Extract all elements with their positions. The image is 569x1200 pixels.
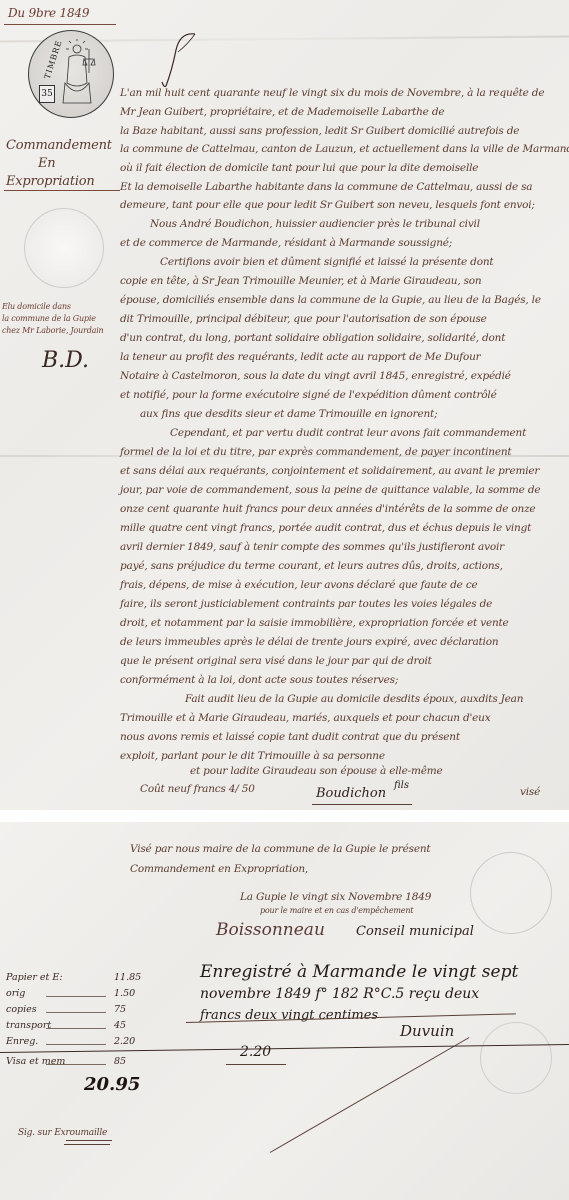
body-line: Nous André Boudichon, huissier audiencie… bbox=[150, 217, 480, 231]
vise-label: visé bbox=[520, 785, 540, 799]
ledger-total: 20.95 bbox=[84, 1074, 234, 1095]
ledger-label: orig bbox=[6, 988, 25, 999]
document-page-2: Visé par nous maire de la commune de la … bbox=[0, 822, 569, 1200]
body-line: droit, et notamment par la saisie immobi… bbox=[120, 616, 509, 630]
ledger-label: copies bbox=[6, 1004, 37, 1015]
visa-date: La Gupie le vingt six Novembre 1849 bbox=[240, 890, 431, 904]
registration-line: Enregistré à Marmande le vingt sept bbox=[200, 962, 518, 982]
ledger-leader bbox=[46, 1064, 106, 1065]
registration-line: novembre 1849 f° 182 R°C.5 reçu deux bbox=[200, 986, 479, 1002]
amount-underline bbox=[226, 1064, 286, 1065]
body-line: Fait audit lieu de la Gupie au domicile … bbox=[185, 692, 523, 706]
visa-line: Visé par nous maire de la commune de la … bbox=[130, 842, 430, 856]
ledger-leader bbox=[46, 1028, 106, 1029]
margin-title-line: Expropriation bbox=[6, 174, 95, 189]
footer-underline bbox=[66, 1140, 112, 1141]
body-line: Trimouille et à Marie Giraudeau, mariés,… bbox=[120, 711, 490, 725]
ledger-total-amount: 20.95 bbox=[84, 1074, 140, 1095]
body-line: Mr Jean Guibert, propriétaire, et de Mad… bbox=[120, 105, 444, 119]
registration-seal bbox=[480, 1022, 552, 1094]
embossed-seal bbox=[24, 208, 104, 288]
ledger-amount: 2.20 bbox=[114, 1036, 135, 1047]
margin-title-line: Commandement bbox=[6, 138, 112, 153]
body-line: L'an mil huit cent quarante neuf le ving… bbox=[120, 86, 544, 100]
body-line: faire, ils seront justiciablement contra… bbox=[120, 597, 492, 611]
body-line: Et la demoiselle Labarthe habitante dans… bbox=[120, 180, 532, 194]
body-line: Notaire à Castelmoron, sous la date du v… bbox=[120, 369, 511, 383]
mayor-signature-title: Conseil municipal bbox=[356, 924, 474, 939]
justice-figure-icon bbox=[57, 39, 97, 107]
body-line: onze cent quarante huit francs pour deux… bbox=[120, 502, 535, 516]
body-line: et sans délai aux requérants, conjointem… bbox=[120, 464, 539, 478]
official-seal bbox=[470, 852, 552, 934]
ledger-amount: 75 bbox=[114, 1004, 126, 1015]
body-line: d'un contrat, du long, portant solidaire… bbox=[120, 331, 505, 345]
body-line: où il fait élection de domicile tant pou… bbox=[120, 161, 478, 175]
mayor-signature: Boissonneau bbox=[216, 920, 325, 940]
footer-note: Sig. sur Exroumaille bbox=[18, 1126, 107, 1140]
body-line: dit Trimouille, principal débiteur, que … bbox=[120, 312, 487, 326]
body-line: avril dernier 1849, sauf à tenir compte … bbox=[120, 540, 504, 554]
body-line: jour, par voie de commandement, sous la … bbox=[120, 483, 540, 497]
header-date: Du 9bre 1849 bbox=[8, 6, 89, 20]
body-line: la commune de Cattelmau, canton de Lauzu… bbox=[120, 142, 569, 156]
body-line: et de commerce de Marmande, résidant à M… bbox=[120, 236, 452, 250]
document-page-1: Du 9bre 1849 TIMBRE 35 Commandement En E… bbox=[0, 0, 569, 810]
ledger-leader bbox=[46, 996, 106, 997]
body-line: épouse, domiciliés ensemble dans la comm… bbox=[120, 293, 541, 307]
ledger-label: Visa et mem bbox=[6, 1056, 65, 1067]
ledger-label: Enreg. bbox=[6, 1036, 38, 1047]
footer-underline bbox=[64, 1144, 110, 1145]
body-line: frais, dépens, de mise à exécution, leur… bbox=[120, 578, 478, 592]
revenue-stamp: TIMBRE 35 bbox=[28, 30, 114, 118]
paraph-initials: B.D. bbox=[42, 348, 89, 373]
ledger-leader bbox=[46, 1044, 106, 1045]
body-line: Certifions avoir bien et dûment signifié… bbox=[160, 255, 493, 269]
bailiff-signature-suffix: fils bbox=[394, 780, 409, 791]
margin-title-underline bbox=[4, 190, 120, 191]
body-line: et notifié, pour la forme exécutoire sig… bbox=[120, 388, 497, 402]
body-line: payé, sans préjudice du terme courant, e… bbox=[120, 559, 503, 573]
cost-line: Coût neuf francs 4/ 50 bbox=[140, 782, 255, 796]
stamp-value: 35 bbox=[39, 85, 55, 103]
body-line: la teneur au profit des requérants, ledi… bbox=[120, 350, 480, 364]
ledger-label: transport bbox=[6, 1020, 51, 1031]
body-line: de leurs immeubles après le délai de tre… bbox=[120, 635, 498, 649]
ledger-amount: 45 bbox=[114, 1020, 126, 1031]
ledger-amount: 11.85 bbox=[114, 972, 141, 983]
ledger-leader bbox=[46, 1012, 106, 1013]
header-underline bbox=[4, 24, 116, 25]
ledger-label: Papier et E: bbox=[6, 972, 63, 983]
body-line: que le présent original sera visé dans l… bbox=[120, 654, 432, 668]
margin-note-line: chez Mr Laborie, Jourdain bbox=[2, 326, 104, 335]
signature-flourish bbox=[270, 1037, 470, 1153]
body-line: Cependant, et par vertu dudit contrat le… bbox=[170, 426, 526, 440]
body-line: conformément à la loi, dont acte sous to… bbox=[120, 673, 398, 687]
body-line: la Baze habitant, aussi sans profession,… bbox=[120, 124, 519, 138]
margin-note-line: la commune de la Gupie bbox=[2, 314, 96, 323]
body-line: formel de la loi et du titre, par exprès… bbox=[120, 445, 511, 459]
margin-title-line: En bbox=[38, 156, 55, 171]
initial-flourish-icon bbox=[150, 30, 200, 90]
registrar-signature: Duvuin bbox=[400, 1022, 454, 1040]
body-line: exploit, parlant pour le dit Trimouille … bbox=[120, 749, 385, 763]
body-line: et pour ladite Giraudeau son épouse à el… bbox=[190, 764, 443, 778]
margin-note-line: Elu domicile dans bbox=[2, 302, 71, 311]
body-line: copie en tête, à Sr Jean Trimouille Meun… bbox=[120, 274, 481, 288]
body-line: nous avons remis et laissé copie tant du… bbox=[120, 730, 460, 744]
ledger-amount: 1.50 bbox=[114, 988, 135, 999]
signature-underline bbox=[312, 804, 412, 805]
ledger-amount: 85 bbox=[114, 1056, 126, 1067]
body-line: mille quatre cent vingt francs, portée a… bbox=[120, 521, 531, 535]
visa-subtitle: pour le maire et en cas d'empêchement bbox=[260, 904, 413, 918]
body-line: aux fins que desdits sieur et dame Trimo… bbox=[140, 407, 437, 421]
registration-amount: 2.20 bbox=[240, 1044, 271, 1060]
visa-line: Commandement en Expropriation, bbox=[130, 862, 308, 876]
body-line: demeure, tant pour elle que pour ledit S… bbox=[120, 198, 535, 212]
bailiff-signature: Boudichon bbox=[316, 786, 386, 801]
